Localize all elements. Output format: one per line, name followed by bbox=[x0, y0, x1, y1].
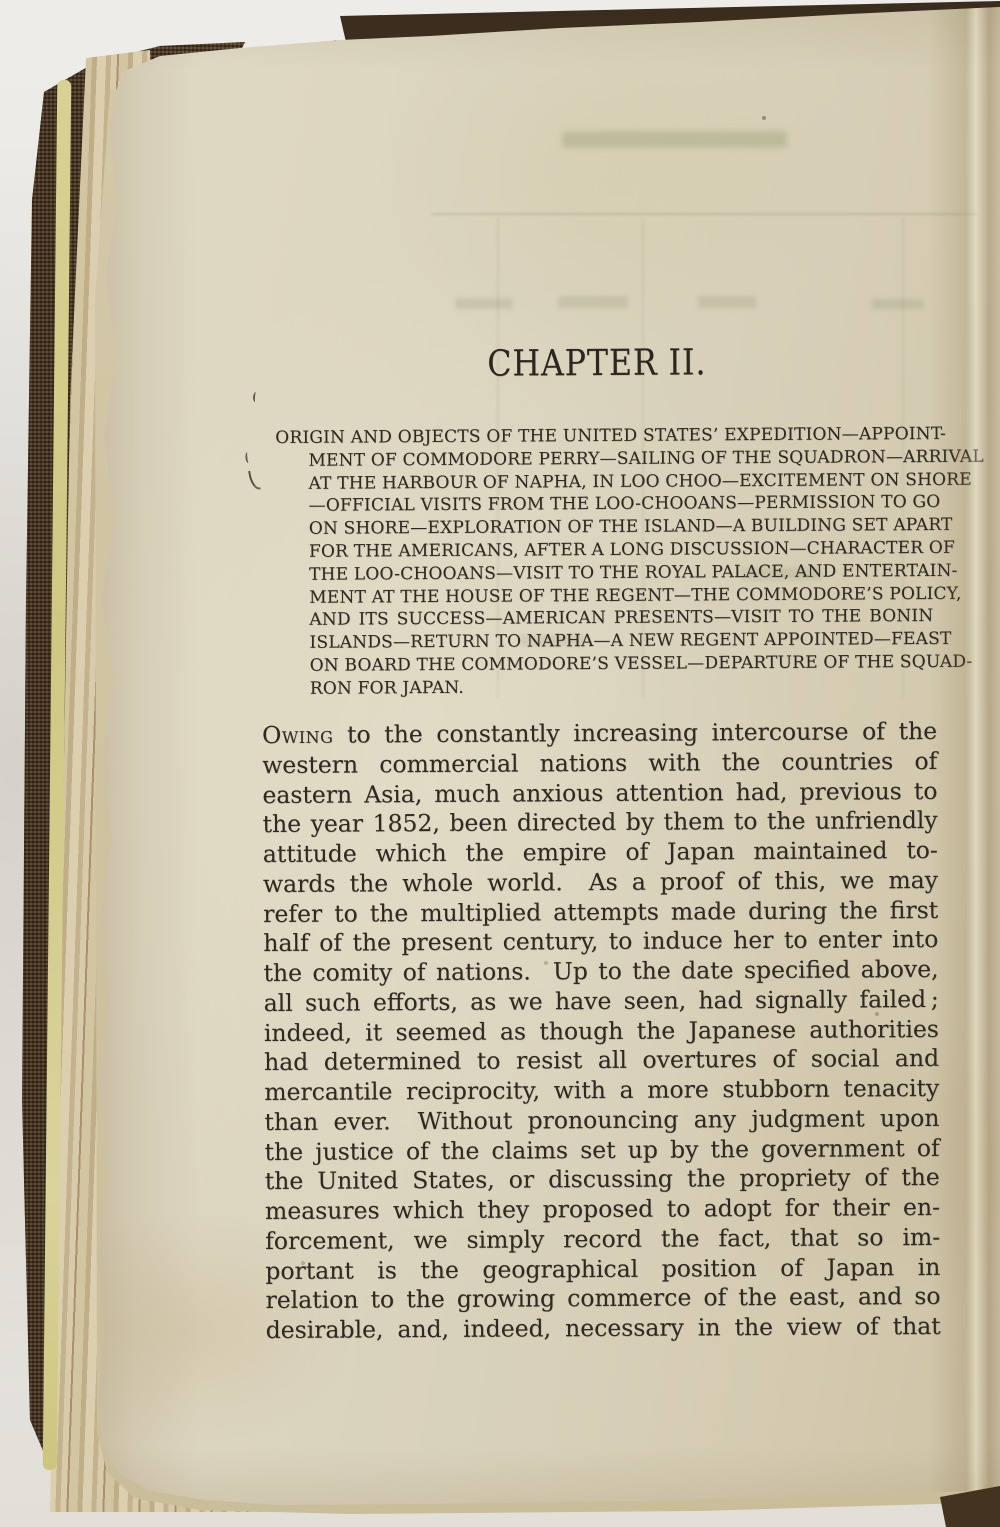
ink-mark bbox=[248, 469, 261, 490]
body-line: than ever. Without pronouncing any judgm… bbox=[264, 1104, 939, 1138]
body-line: measures which they proposed to adopt fo… bbox=[265, 1193, 940, 1227]
body-text: Owing to the constantly increasing inter… bbox=[262, 717, 941, 1346]
body-line: refer to the multiplied attempts made du… bbox=[263, 895, 938, 929]
body-line: the justice of the claims set up by the … bbox=[265, 1133, 940, 1167]
body-line: the comity of nations. Up to the date sp… bbox=[263, 955, 938, 989]
body-line: half of the present century, to induce h… bbox=[263, 925, 938, 959]
body-line: wards the whole world. As a proof of thi… bbox=[263, 866, 938, 900]
ink-mark bbox=[245, 452, 251, 463]
summary-line: ON BOARD THE COMMODORE’S VESSEL—DEPARTUR… bbox=[262, 651, 934, 678]
body-lines: western commercial nations with the coun… bbox=[262, 747, 941, 1346]
body-line: western commercial nations with the coun… bbox=[262, 747, 937, 781]
body-line: the United States, or discussing the pro… bbox=[265, 1163, 940, 1197]
body-line: desirable, and, indeed, necessary in the… bbox=[266, 1312, 941, 1346]
body-line: indeed, it seemed as though the Japanese… bbox=[264, 1014, 939, 1048]
book-photo: CHAPTER II. ORIGIN AND OBJECTS OF THE UN… bbox=[0, 0, 1000, 1527]
summary-line: RON FOR JAPAN. bbox=[262, 674, 934, 701]
ink-mark bbox=[253, 392, 259, 402]
chapter-heading: CHAPTER II. bbox=[300, 341, 893, 387]
body-line: mercantile reciprocity, with a more stub… bbox=[264, 1074, 939, 1108]
body-line: had determined to resist all overtures o… bbox=[264, 1044, 939, 1078]
body-line-first-rest: to the constantly increasing intercourse… bbox=[333, 717, 937, 749]
body-line-first: Owing to the constantly increasing inter… bbox=[262, 717, 937, 751]
page-content: CHAPTER II. ORIGIN AND OBJECTS OF THE UN… bbox=[0, 0, 1000, 1527]
body-line: forcement, we simply record the fact, th… bbox=[265, 1223, 940, 1257]
chapter-summary: ORIGIN AND OBJECTS OF THE UNITED STATES’… bbox=[260, 423, 934, 701]
body-line: portant is the geographical position of … bbox=[265, 1252, 940, 1286]
body-line: all such efforts, as we have seen, had s… bbox=[264, 985, 939, 1019]
body-line: attitude which the empire of Japan maint… bbox=[263, 836, 938, 870]
lead-word: Owing bbox=[262, 721, 333, 749]
body-line: the year 1852, been directed by them to … bbox=[263, 806, 938, 840]
body-line: relation to the growing commerce of the … bbox=[265, 1282, 940, 1316]
body-line: eastern Asia, much anxious attention had… bbox=[262, 776, 937, 810]
